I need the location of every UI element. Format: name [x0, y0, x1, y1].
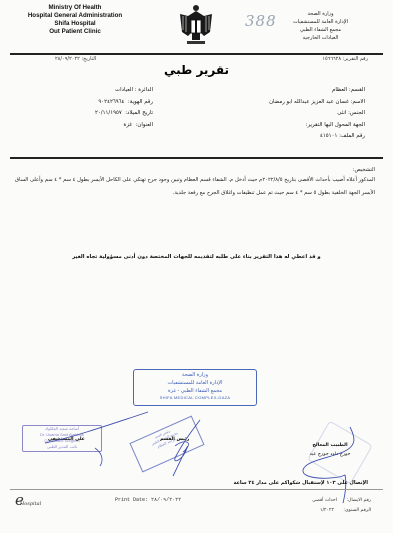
stamp-line: مجمع الشفاء الطبي - غزة: [134, 387, 256, 395]
report-number-label: رقم التقرير:: [343, 56, 368, 62]
division-field: الدائرة : العيادات: [3, 85, 153, 97]
field-label: الاسم:: [351, 99, 366, 105]
ministry-line-ar: وزارة الصحة: [268, 10, 373, 18]
field-value: ٢٠/١١/١٩٥٧: [95, 110, 122, 116]
print-date: Print Date: ٢٨/٠٩/٢٠٢٢: [115, 497, 181, 503]
report-number: رقم التقرير: ١٥٦٦٦٢٨: [322, 56, 368, 62]
annual-number-label: الرقم السنوي:: [343, 508, 371, 513]
field-label: العنوان:: [136, 122, 153, 128]
patient-info-right: القسم: العظام الاسم: غسان عبد العزيز عبد…: [175, 85, 365, 143]
diagnosis-section: التشخيص: المذكور أعلاه أصيب بأحداث الأقص…: [15, 166, 375, 200]
disclaimer-note: و قد اعطي له هذا التقرير بناء على طلبه ل…: [0, 254, 393, 260]
annual-number-value: ١/٢٠٢٢: [320, 508, 334, 513]
clinic-line-ar: العيادات الخارجية: [268, 34, 373, 42]
file-number-field: رقم الملف: ٤١٥١٠١: [175, 131, 365, 143]
hospital-line: Shifa Hospital: [20, 20, 130, 28]
send-number-row: رقم الايسال: احداث أقصى: [312, 496, 371, 506]
referred-to-field: الجهة المحول اليها التقرير:: [175, 120, 365, 132]
report-date: التاريخ: ٢٨/٠٩/٢٠٢٢: [55, 56, 96, 62]
page-title: تقرير طبي: [0, 63, 393, 77]
administration-line: Hospital General Administration: [20, 12, 130, 20]
signature-mid-icon: [165, 418, 205, 478]
print-date-label: Print Date:: [115, 497, 148, 503]
diagnosis-label: التشخيص:: [15, 166, 375, 174]
print-date-value: ٢٨/٠٩/٢٠٢٢: [151, 497, 181, 503]
field-label: تاريخ الميلاد:: [125, 110, 153, 116]
field-label: الدائرة :: [135, 87, 153, 93]
footer-info: رقم الايسال: احداث أقصى الرقم السنوي: ١/…: [312, 496, 371, 516]
header-divider: [10, 53, 383, 55]
id-number-field: رقم الهوية: ٩٠٢٤٢٦٩٦٤: [3, 97, 153, 109]
hospital-stamp: وزارة الصحة الإدارة العامة للمستشفيات مج…: [133, 369, 257, 406]
gender-field: الجنس: انثى: [175, 108, 365, 120]
date-value: ٢٨/٠٩/٢٠٢٢: [55, 56, 80, 62]
hospital-line-ar: مجمع الشفاء الطبي: [268, 26, 373, 34]
logo-text: Hospital: [20, 501, 41, 507]
field-value: غسان عبد العزيز عبدالله ابو رمضان: [269, 99, 349, 105]
field-value: ٩٠٢٤٢٦٩٦٤: [98, 99, 124, 105]
field-value: غزة: [124, 122, 133, 128]
field-value: ٤١٥١٠١: [320, 133, 337, 139]
administration-line-ar: الإدارة العامة للمستشفيات: [268, 18, 373, 26]
clinic-line: Out Patient Clinic: [20, 28, 130, 36]
field-value: العظام: [332, 87, 347, 93]
send-number-value: احداث أقصى: [312, 498, 337, 503]
stamp-line-en: SHIFA MEDICAL COMPLEX-GAZA: [134, 395, 256, 401]
name-field: الاسم: غسان عبد العزيز عبدالله ابو رمضان: [175, 97, 365, 109]
field-label: الجهة المحول اليها التقرير:: [306, 122, 365, 128]
ministry-line: Ministry Of Health: [20, 4, 130, 12]
birth-date-field: تاريخ الميلاد: ٢٠/١١/١٩٥٧: [3, 108, 153, 120]
address-field: العنوان: غزة: [3, 120, 153, 132]
field-label: القسم:: [349, 87, 365, 93]
annual-number-row: الرقم السنوي: ١/٢٠٢٢: [312, 506, 371, 516]
contact-line: الإتصال على ١٠٣ لإستقبال شكواكم على مدار…: [233, 480, 368, 486]
field-label: رقم الملف:: [339, 133, 365, 139]
ehospital-logo: eHospital: [15, 491, 41, 509]
arabic-header: وزارة الصحة الإدارة العامة للمستشفيات مج…: [268, 10, 373, 42]
stamp-line: الإدارة العامة للمستشفيات: [134, 379, 256, 387]
stamp-line: وزارة الصحة: [134, 371, 256, 379]
date-label: التاريخ:: [81, 56, 96, 62]
signature-left-icon: [40, 408, 150, 468]
eagle-emblem-icon: [178, 2, 214, 46]
english-header: Ministry Of Health Hospital General Admi…: [20, 4, 130, 36]
field-value: العيادات: [115, 87, 133, 93]
department-field: القسم: العظام: [175, 85, 365, 97]
signature-right-icon: [295, 425, 365, 505]
footer-divider: [10, 489, 383, 490]
send-number-label: رقم الايسال:: [347, 498, 372, 503]
diagnosis-text: المذكور أعلاه أصيب بأحداث الأقصى بتاريخ …: [15, 177, 375, 196]
patient-info-left: الدائرة : العيادات رقم الهوية: ٩٠٢٤٢٦٩٦٤…: [3, 85, 153, 131]
report-number-value: ١٥٦٦٦٢٨: [322, 56, 341, 62]
field-value: انثى: [337, 110, 346, 116]
field-label: الجنس:: [348, 110, 365, 116]
field-label: رقم الهوية:: [128, 99, 153, 105]
info-divider: [10, 157, 383, 159]
